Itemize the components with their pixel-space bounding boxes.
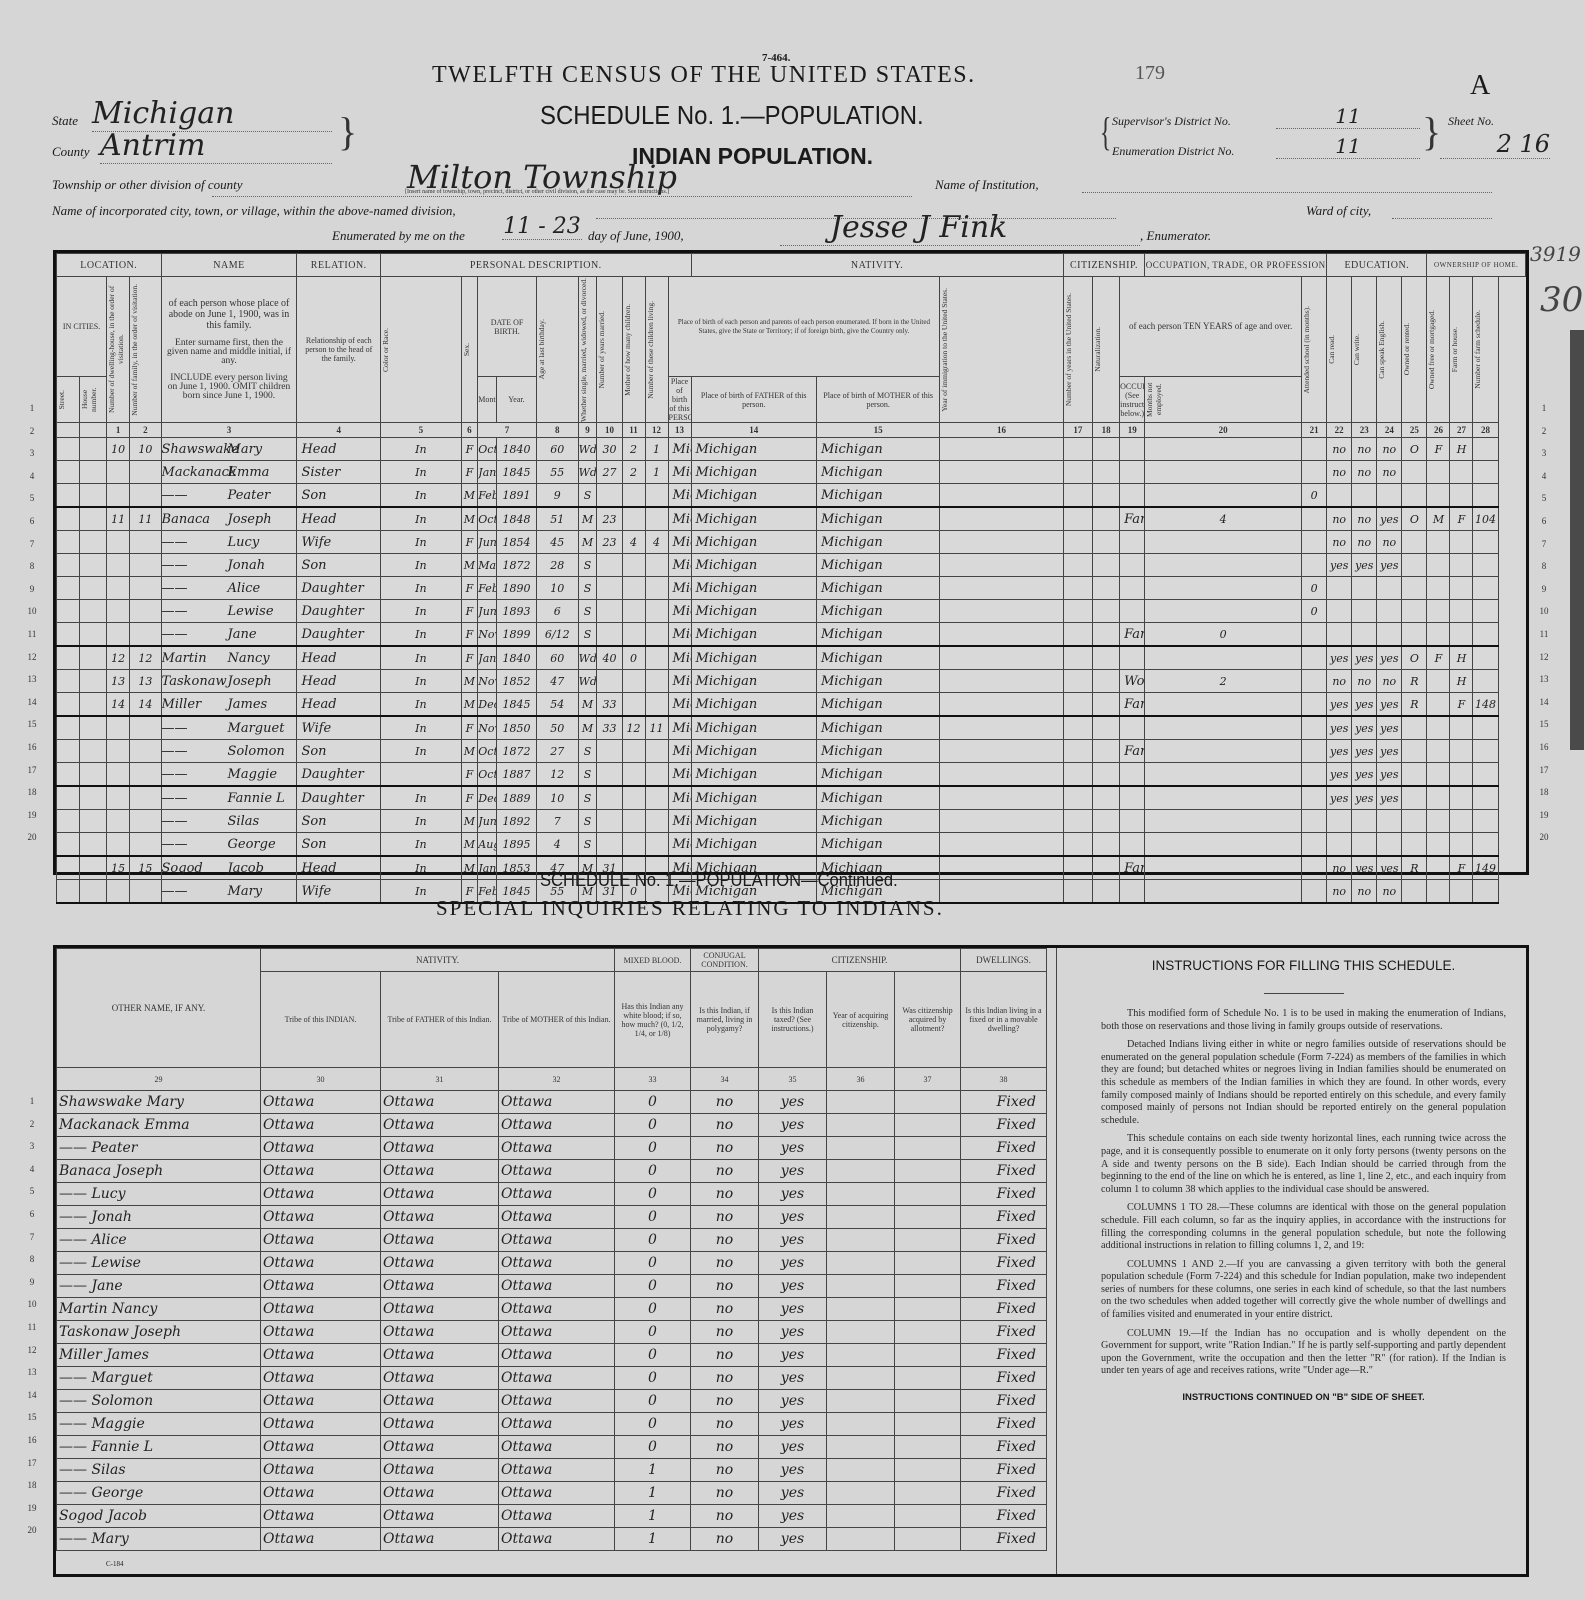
column-number: 14 — [691, 423, 816, 438]
enumeration-district-field: 11 — [1276, 134, 1420, 159]
age-cell: 28 — [536, 554, 578, 577]
allot-cell — [895, 1252, 961, 1275]
living-cell: 1 — [645, 438, 668, 461]
age-cell: 9 — [536, 484, 578, 508]
mortgaged-cell — [1427, 880, 1450, 904]
family-cell — [130, 833, 161, 857]
relation-cell: Wife — [297, 880, 381, 904]
line-number: 15 — [20, 719, 44, 729]
race-cell: In — [381, 600, 462, 623]
month-cell: Nov — [478, 623, 497, 647]
col-owned: Owned or rented. — [1402, 323, 1411, 375]
dwelling-cell — [107, 810, 130, 833]
write-cell — [1352, 623, 1377, 647]
father-cell: Ottawa — [381, 1505, 499, 1528]
age-cell: 47 — [536, 670, 578, 693]
other-cell: Taskonaw Joseph — [57, 1321, 261, 1344]
bm-cell: Michigan — [816, 716, 939, 740]
empty-cell — [80, 880, 107, 904]
name-description: of each person whose place of abode on J… — [166, 298, 293, 331]
tribe-cell: Ottawa — [261, 1229, 381, 1252]
blood-cell: 0 — [615, 1114, 691, 1137]
table-row: MackanackEmmaSisterInFJan184555Wd2721Mic… — [57, 461, 1526, 484]
mother-of-cell — [622, 577, 645, 600]
empty-cell — [57, 810, 80, 833]
read-cell — [1327, 623, 1352, 647]
empty-cell — [57, 833, 80, 857]
empty-cell — [940, 740, 1063, 763]
empty-cell — [57, 786, 80, 810]
instruction-paragraph: Detached Indians living either in white … — [1101, 1039, 1506, 1127]
write-cell: no — [1352, 880, 1377, 904]
empty-cell — [940, 600, 1063, 623]
group-tribe-nativity: NATIVITY. — [261, 949, 615, 972]
mother-cell: Ottawa — [499, 1160, 615, 1183]
other-cell: Shawswake Mary — [57, 1091, 261, 1114]
empty-cell — [1063, 507, 1092, 531]
allot-cell — [895, 1413, 961, 1436]
col-tribe: Tribe of this INDIAN. — [261, 972, 381, 1068]
table-row: ——MaggieDaughterFOct188712SMichiganMichi… — [57, 763, 1526, 787]
family-cell — [130, 554, 161, 577]
farm-cell — [1450, 763, 1473, 787]
relation-cell: Head — [297, 670, 381, 693]
column-number-row: 29303132333435363738 — [57, 1068, 1047, 1091]
table-row: ——JaneDaughterInFNov18996/12SMichiganMic… — [57, 623, 1526, 647]
other-cell: —— Jane — [57, 1275, 261, 1298]
table-row: Martin NancyOttawaOttawaOttawa0noyesFixe… — [57, 1298, 1047, 1321]
name-cell: BanacaJoseph — [161, 507, 297, 531]
empty-cell — [940, 577, 1063, 600]
line-number: 8 — [20, 561, 44, 571]
taxed-cell: yes — [759, 1298, 827, 1321]
other-cell: Martin Nancy — [57, 1298, 261, 1321]
line-number: 1 — [1532, 403, 1556, 413]
table-row: —— PeaterOttawaOttawaOttawa0noyesFixed — [57, 1137, 1047, 1160]
bp-cell: Michigan — [668, 716, 691, 740]
bf-cell: Michigan — [691, 531, 816, 554]
empty-cell — [940, 507, 1063, 531]
year-cell — [827, 1229, 895, 1252]
year-cell — [827, 1206, 895, 1229]
taxed-cell: yes — [759, 1183, 827, 1206]
farm-no-cell — [1473, 646, 1498, 670]
mortgaged-cell — [1427, 623, 1450, 647]
table-row: —— MarguetOttawaOttawaOttawa0noyesFixed — [57, 1367, 1047, 1390]
dwelling-cell: Fixed — [961, 1413, 1047, 1436]
month-cell: Feb — [478, 577, 497, 600]
given-name: Jacob — [228, 861, 264, 876]
occupation-cell: Farm Laborer — [1120, 740, 1145, 763]
col-dwelling: Number of dwelling-house, in the order o… — [107, 277, 125, 422]
owned-cell — [1402, 740, 1427, 763]
empty-cell — [80, 507, 107, 531]
surname: Mackanack — [162, 465, 228, 480]
sex-cell: F — [461, 531, 478, 554]
table-row: —— SilasOttawaOttawaOttawa1noyesFixed — [57, 1459, 1047, 1482]
given-name: Joseph — [228, 674, 272, 689]
relation-cell: Son — [297, 554, 381, 577]
farm-cell — [1450, 810, 1473, 833]
column-number: 32 — [499, 1068, 615, 1091]
race-cell: In — [381, 554, 462, 577]
col-birth-mother: Place of birth of MOTHER of this person. — [816, 377, 939, 423]
farm-no-cell — [1473, 810, 1498, 833]
marital-cell: M — [578, 531, 597, 554]
empty-cell — [940, 880, 1063, 904]
tribe-cell: Ottawa — [261, 1505, 381, 1528]
empty-cell — [1092, 856, 1119, 880]
dwelling-cell — [107, 786, 130, 810]
occupation-cell: Farm Laborer (struck) — [1120, 623, 1145, 647]
allot-cell — [895, 1298, 961, 1321]
table-row: 1111BanacaJosephHeadInMOct184851M23Michi… — [57, 507, 1526, 531]
year-cell: 1845 — [497, 461, 537, 484]
empty-cell — [80, 810, 107, 833]
month-cell: June — [478, 810, 497, 833]
read-cell: no — [1327, 461, 1352, 484]
polygamy-cell: no — [691, 1321, 759, 1344]
blood-cell: 1 — [615, 1528, 691, 1551]
bm-cell: Michigan — [816, 484, 939, 508]
mortgaged-cell — [1427, 461, 1450, 484]
race-cell: In — [381, 670, 462, 693]
month-cell: Dec — [478, 786, 497, 810]
empty-cell — [1063, 833, 1092, 857]
line-number: 13 — [20, 674, 44, 684]
blood-cell: 0 — [615, 1183, 691, 1206]
month-cell: Oct — [478, 438, 497, 461]
group-name: NAME — [161, 254, 297, 277]
yrs-married-cell: 33 — [597, 693, 622, 717]
living-cell — [645, 763, 668, 787]
mortgaged-cell — [1427, 833, 1450, 857]
bp-cell: Michigan — [668, 740, 691, 763]
relation-cell: Son — [297, 484, 381, 508]
surname: —— — [162, 791, 228, 806]
ward-label: Ward of city, — [1306, 203, 1371, 219]
empty-cell — [57, 600, 80, 623]
father-cell: Ottawa — [381, 1390, 499, 1413]
col-occupation: OCCUPATION. (See instructions below.) — [1120, 377, 1145, 423]
polygamy-cell: no — [691, 1160, 759, 1183]
polygamy-cell: no — [691, 1183, 759, 1206]
read-cell: no — [1327, 531, 1352, 554]
marital-cell: S — [578, 577, 597, 600]
tribe-cell: Ottawa — [261, 1528, 381, 1551]
line-number: 13 — [20, 1367, 44, 1377]
read-cell: no — [1327, 438, 1352, 461]
brace: } — [338, 108, 357, 155]
population-table: LOCATION. NAME RELATION. PERSONAL DESCRI… — [56, 253, 1526, 904]
column-number: 2 — [130, 423, 161, 438]
line-number: 16 — [20, 1435, 44, 1445]
living-cell — [645, 623, 668, 647]
taxed-cell: yes — [759, 1091, 827, 1114]
instructions-footer: INSTRUCTIONS CONTINUED ON "B" SIDE OF SH… — [1101, 1392, 1506, 1403]
surname: —— — [162, 814, 228, 829]
line-number: 4 — [1532, 471, 1556, 481]
line-number: 18 — [20, 787, 44, 797]
col-school: Attended school (in months). — [1302, 306, 1311, 394]
tribe-cell: Ottawa — [261, 1459, 381, 1482]
surname: —— — [162, 604, 228, 619]
dwelling-cell — [107, 554, 130, 577]
group-education: EDUCATION. — [1327, 254, 1427, 277]
write-cell — [1352, 600, 1377, 623]
bf-cell: Michigan — [691, 623, 816, 647]
empty-cell — [57, 554, 80, 577]
living-cell — [645, 484, 668, 508]
mortgaged-cell — [1427, 786, 1450, 810]
line-number: 1 — [20, 1096, 44, 1106]
empty-cell — [80, 693, 107, 717]
race-cell: In — [381, 716, 462, 740]
line-number: 5 — [1532, 493, 1556, 503]
col-birth-person: Place of birth of this PERSON. — [668, 377, 691, 423]
allot-cell — [895, 1390, 961, 1413]
family-cell — [130, 740, 161, 763]
column-number: 11 — [622, 423, 645, 438]
sex-cell: F — [461, 763, 478, 787]
table-row: —— JaneOttawaOttawaOttawa0noyesFixed — [57, 1275, 1047, 1298]
farm-no-cell — [1473, 554, 1498, 577]
dwelling-cell: 10 — [107, 438, 130, 461]
owned-cell: O — [1402, 507, 1427, 531]
marital-cell: S — [578, 600, 597, 623]
mother-of-cell: 2 — [622, 461, 645, 484]
taxed-cell: yes — [759, 1114, 827, 1137]
bf-cell: Michigan — [691, 763, 816, 787]
yrs-married-cell — [597, 786, 622, 810]
farm-no-cell — [1473, 461, 1498, 484]
col-other-name: OTHER NAME, IF ANY. — [57, 949, 261, 1068]
table-row: 1010ShawswakeMaryHeadInFOct184060Wd3021M… — [57, 438, 1526, 461]
english-cell — [1377, 623, 1402, 647]
race-cell: In — [381, 786, 462, 810]
dwelling-cell: Fixed — [961, 1229, 1047, 1252]
occupation-cell — [1120, 438, 1145, 461]
family-cell — [130, 461, 161, 484]
school-cell — [1302, 740, 1327, 763]
mother-cell: Ottawa — [499, 1298, 615, 1321]
english-cell: yes — [1377, 646, 1402, 670]
margin-note: 3919 — [1530, 242, 1581, 266]
empty-cell — [57, 461, 80, 484]
surname: —— — [162, 721, 228, 736]
marital-cell: M — [578, 507, 597, 531]
english-cell: yes — [1377, 554, 1402, 577]
living-cell — [645, 810, 668, 833]
taxed-cell: yes — [759, 1160, 827, 1183]
enumeration-day: 11 - 23 — [502, 214, 582, 240]
name-cell: ——Solomon — [161, 740, 297, 763]
other-cell: Mackanack Emma — [57, 1114, 261, 1137]
table-row: Mackanack EmmaOttawaOttawaOttawa0noyesFi… — [57, 1114, 1047, 1137]
mortgaged-cell: F — [1427, 646, 1450, 670]
mortgaged-cell: M — [1427, 507, 1450, 531]
read-cell — [1327, 833, 1352, 857]
dwelling-cell: Fixed — [961, 1183, 1047, 1206]
father-cell: Ottawa — [381, 1229, 499, 1252]
table-row: Miller JamesOttawaOttawaOttawa0noyesFixe… — [57, 1344, 1047, 1367]
divider — [1264, 993, 1344, 994]
line-number: 19 — [1532, 810, 1556, 820]
mortgaged-cell — [1427, 531, 1450, 554]
empty-cell — [1063, 740, 1092, 763]
owned-cell — [1402, 461, 1427, 484]
bp-cell: Michigan — [668, 810, 691, 833]
column-number: 18 — [1092, 423, 1119, 438]
supervisor-field: 11 — [1276, 104, 1420, 129]
column-number: 7 — [478, 423, 537, 438]
bm-cell: Michigan — [816, 438, 939, 461]
col-birth-father: Place of birth of FATHER of this person. — [691, 377, 816, 423]
unemployed-cell — [1145, 740, 1302, 763]
school-cell — [1302, 670, 1327, 693]
english-cell — [1377, 484, 1402, 508]
farm-no-cell — [1473, 600, 1498, 623]
school-cell — [1302, 507, 1327, 531]
tribe-cell: Ottawa — [261, 1183, 381, 1206]
race-cell: In — [381, 507, 462, 531]
mortgaged-cell: F — [1427, 438, 1450, 461]
empty-cell — [57, 577, 80, 600]
month-cell: June — [478, 600, 497, 623]
tribe-cell: Ottawa — [261, 1413, 381, 1436]
polygamy-cell: no — [691, 1344, 759, 1367]
month-cell: Nov — [478, 670, 497, 693]
unemployed-cell — [1145, 577, 1302, 600]
mother-cell: Ottawa — [499, 1137, 615, 1160]
column-number: 12 — [645, 423, 668, 438]
dwelling-cell: Fixed — [961, 1298, 1047, 1321]
table-row: —— JonahOttawaOttawaOttawa0noyesFixed — [57, 1206, 1047, 1229]
name-cell: ——Alice — [161, 577, 297, 600]
occupation-cell — [1120, 810, 1145, 833]
column-number: 15 — [816, 423, 939, 438]
column-number: 19 — [1120, 423, 1145, 438]
line-number: 3 — [20, 448, 44, 458]
month-cell: Dec — [478, 693, 497, 717]
family-cell: 13 — [130, 670, 161, 693]
farm-cell — [1450, 484, 1473, 508]
year-cell: 1872 — [497, 740, 537, 763]
column-number: 4 — [297, 423, 381, 438]
column-number: 26 — [1427, 423, 1450, 438]
line-number: 5 — [20, 493, 44, 503]
surname: —— — [162, 558, 228, 573]
race-cell — [381, 763, 462, 787]
column-number: 13 — [668, 423, 691, 438]
line-number: 2 — [1532, 426, 1556, 436]
col-taxed: Is this Indian taxed? (See instructions.… — [759, 972, 827, 1068]
father-cell: Ottawa — [381, 1275, 499, 1298]
yrs-married-cell — [597, 740, 622, 763]
polygamy-cell: no — [691, 1137, 759, 1160]
line-number: 7 — [20, 539, 44, 549]
surname: —— — [162, 837, 228, 852]
race-cell: In — [381, 438, 462, 461]
bm-cell: Michigan — [816, 531, 939, 554]
line-number: 9 — [20, 584, 44, 594]
bm-cell: Michigan — [816, 507, 939, 531]
mother-of-cell — [622, 810, 645, 833]
line-number: 4 — [20, 1164, 44, 1174]
dwelling-cell: Fixed — [961, 1252, 1047, 1275]
dwelling-cell: Fixed — [961, 1137, 1047, 1160]
relation-cell: Daughter — [297, 600, 381, 623]
col-naturalization: Naturalization. — [1093, 327, 1102, 372]
given-name: Peater — [228, 488, 271, 503]
empty-cell — [80, 461, 107, 484]
age-cell: 60 — [536, 646, 578, 670]
line-number: 18 — [20, 1480, 44, 1490]
age-cell: 54 — [536, 693, 578, 717]
empty-cell — [57, 740, 80, 763]
dwelling-cell — [107, 623, 130, 647]
empty-cell — [940, 484, 1063, 508]
marital-cell: S — [578, 554, 597, 577]
empty-cell — [1092, 693, 1119, 717]
line-number: 15 — [1532, 719, 1556, 729]
farm-no-cell — [1473, 786, 1498, 810]
blood-cell: 0 — [615, 1390, 691, 1413]
father-cell: Ottawa — [381, 1321, 499, 1344]
polygamy-cell: no — [691, 1252, 759, 1275]
month-cell: Aug — [478, 833, 497, 857]
month-cell: Jan — [478, 646, 497, 670]
empty-cell — [80, 670, 107, 693]
dwelling-cell — [107, 880, 130, 904]
blood-cell: 0 — [615, 1206, 691, 1229]
write-cell: yes — [1352, 856, 1377, 880]
table-row: Banaca JosephOttawaOttawaOttawa0noyesFix… — [57, 1160, 1047, 1183]
population-schedule-frame: LOCATION. NAME RELATION. PERSONAL DESCRI… — [53, 250, 1529, 875]
bf-cell: Michigan — [691, 716, 816, 740]
year-cell: 1848 — [497, 507, 537, 531]
polygamy-cell: no — [691, 1413, 759, 1436]
english-cell — [1377, 577, 1402, 600]
farm-no-cell — [1473, 670, 1498, 693]
given-name: Lewise — [228, 604, 274, 619]
enumerator-name: Jesse J Fink — [780, 210, 1140, 246]
write-cell: yes — [1352, 554, 1377, 577]
empty-cell — [1063, 670, 1092, 693]
empty-cell — [1063, 623, 1092, 647]
sex-cell: M — [461, 810, 478, 833]
col-mortgaged: Owned free or mortgaged. — [1427, 310, 1436, 389]
empty-cell — [1063, 716, 1092, 740]
surname: —— — [162, 884, 228, 899]
father-cell: Ottawa — [381, 1137, 499, 1160]
tribe-cell: Ottawa — [261, 1252, 381, 1275]
line-number: 12 — [20, 1345, 44, 1355]
tribe-cell: Ottawa — [261, 1091, 381, 1114]
table-row: Taskonaw JosephOttawaOttawaOttawa0noyesF… — [57, 1321, 1047, 1344]
occupation-cell — [1120, 646, 1145, 670]
dwelling-cell: 15 — [107, 856, 130, 880]
line-number: 3 — [1532, 448, 1556, 458]
owned-cell — [1402, 554, 1427, 577]
mother-cell: Ottawa — [499, 1436, 615, 1459]
dwelling-cell — [107, 740, 130, 763]
line-number: 6 — [1532, 516, 1556, 526]
surname: Sogod — [162, 861, 228, 876]
column-number: 36 — [827, 1068, 895, 1091]
blood-cell: 0 — [615, 1436, 691, 1459]
table-row: —— LucyOttawaOttawaOttawa0noyesFixed — [57, 1183, 1047, 1206]
